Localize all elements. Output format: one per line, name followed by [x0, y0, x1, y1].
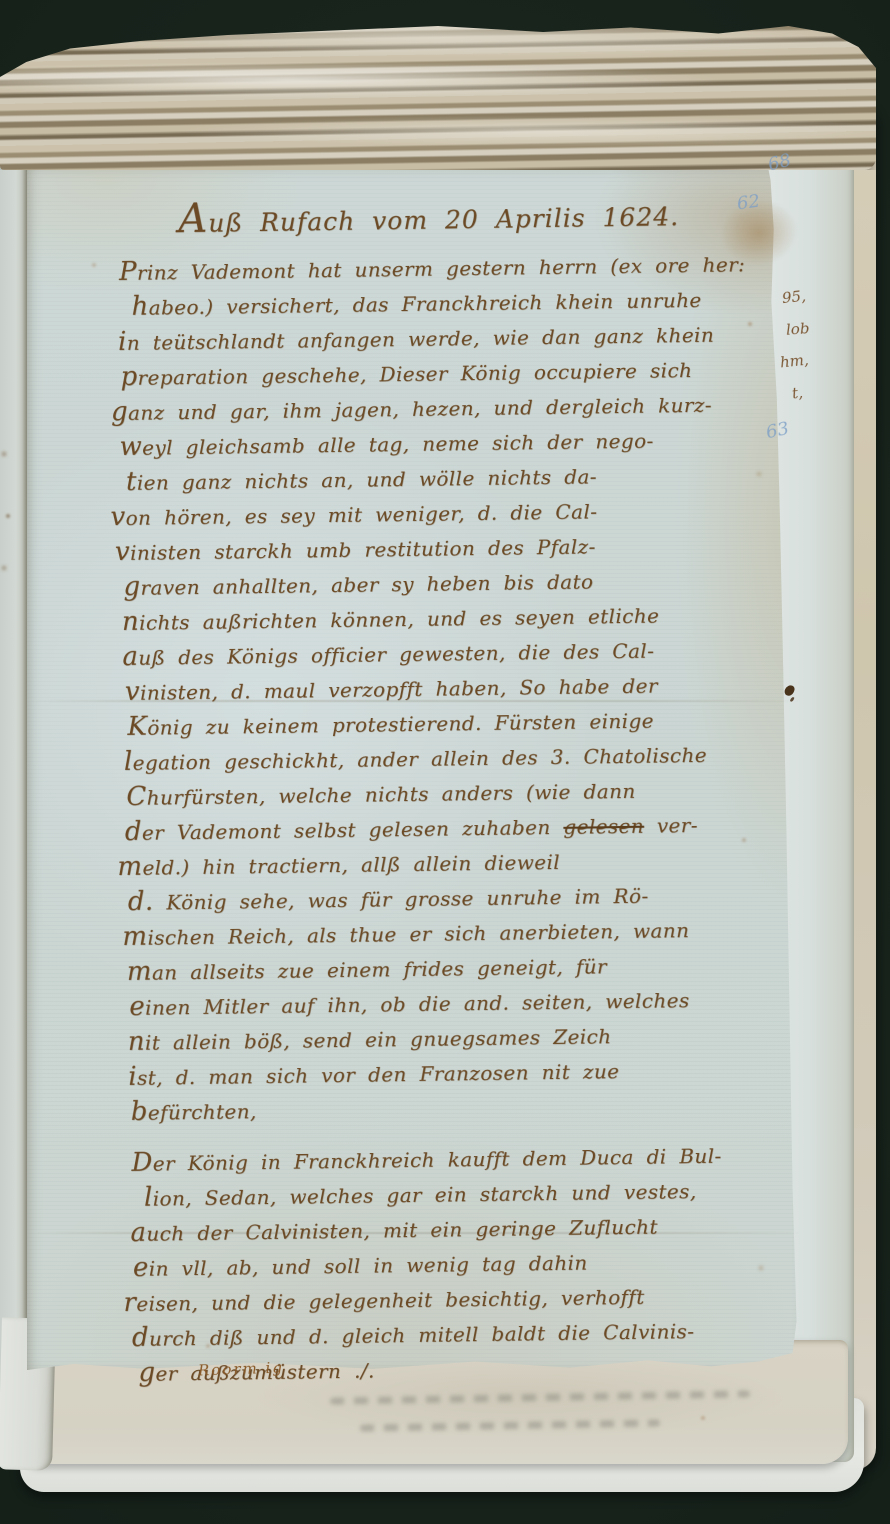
page-edge-stack [0, 20, 876, 170]
margin-ink-fragment: hm, [779, 351, 809, 372]
paragraph-1: Prinz Vademont hat unserm gestern herrn … [117, 246, 797, 1130]
under-page-note: Roorm ig [198, 1359, 284, 1380]
margin-ink-fragment: 95, [781, 287, 807, 307]
margin-ink-fragment: t, [791, 383, 804, 402]
paragraph-2: Der König in Franckhreich kaufft dem Duc… [129, 1137, 800, 1391]
facing-leaf-left-strip [0, 158, 27, 1466]
manuscript-text: Auß Rufach vom 20 Aprilis 1624. Prinz Va… [116, 187, 801, 1391]
manuscript-photo: Auß Rufach vom 20 Aprilis 1624. Prinz Va… [0, 0, 890, 1524]
foxing-spots [0, 0, 4, 4]
struck-word: gelesen [563, 814, 644, 839]
margin-ink-fragment: lob [785, 319, 810, 339]
dateline-heading: Auß Rufach vom 20 Aprilis 1624. [178, 187, 785, 248]
folio-number-current: 62 [736, 191, 762, 215]
